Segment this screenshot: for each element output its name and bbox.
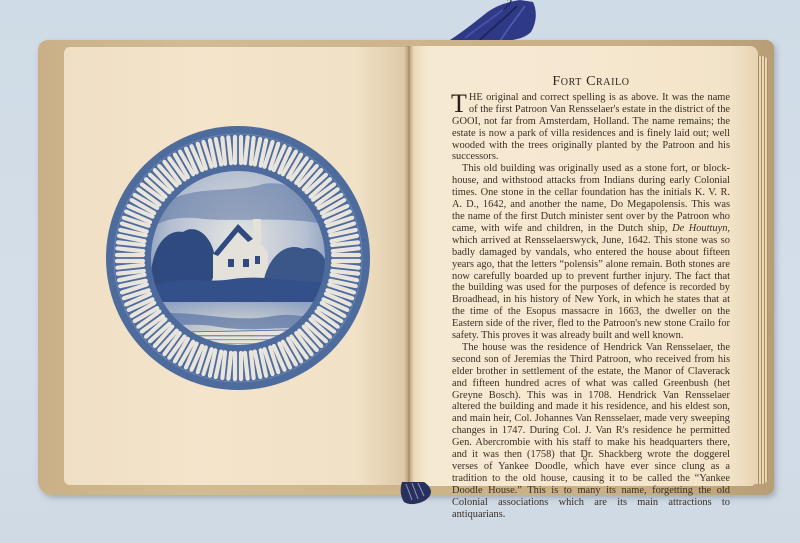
page-title: Fort Crailo: [452, 76, 730, 88]
paragraph-3: The house was the residence of Hendrick …: [452, 342, 730, 521]
ribbon-bookmark-top: [445, 0, 540, 42]
paragraph-2-text-b: which arrived at Rensselaerswyck, June, …: [452, 235, 730, 341]
ship-name: De Houttuyn,: [672, 223, 730, 234]
book-photo-scene: Fort Crailo THE original and correct spe…: [0, 0, 800, 543]
tassel-end-icon: [398, 480, 438, 506]
paragraph-1-text: HE original and correct spelling is as a…: [452, 92, 730, 163]
drop-cap: T: [451, 94, 467, 114]
paragraph-1: THE original and correct spelling is as …: [452, 92, 730, 163]
tassel-icon: [445, 0, 540, 42]
page-number: 9: [570, 455, 600, 464]
plate-image: [103, 124, 373, 392]
paragraph-2: This old building was originally used as…: [452, 163, 730, 342]
ribbon-bookmark-bottom: [398, 480, 438, 506]
fort-crailo-plate-illustration: [103, 124, 373, 392]
paragraph-3-text: The house was the residence of Hendrick …: [452, 342, 730, 520]
book-gutter: [404, 46, 414, 486]
article-text-column: Fort Crailo THE original and correct spe…: [452, 76, 730, 521]
